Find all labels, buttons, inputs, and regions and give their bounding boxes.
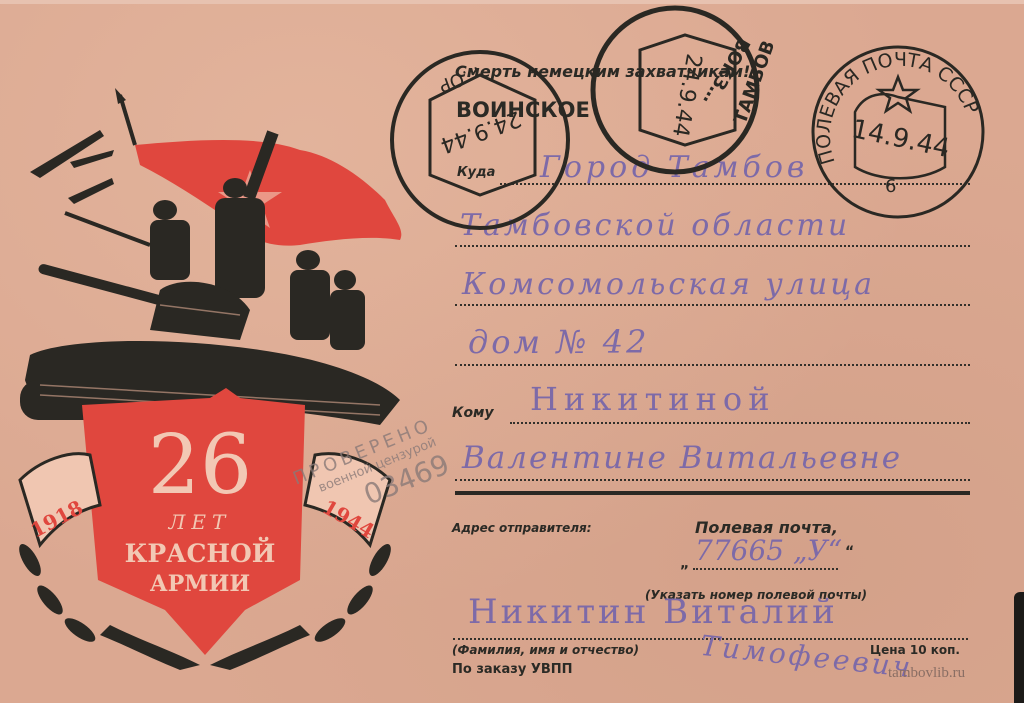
red-army-illustration: 26 ЛЕТ КРАСНОЙ АРМИИ 1918 1944 xyxy=(0,80,430,680)
svg-text:…ОР: …ОР xyxy=(436,62,484,96)
divider-line xyxy=(455,491,970,495)
watermark: tambovlib.ru xyxy=(888,665,965,682)
svg-text:24.9.44: 24.9.44 xyxy=(437,105,524,157)
svg-text:ЛЕТ: ЛЕТ xyxy=(168,510,232,534)
svg-text:14.9.44: 14.9.44 xyxy=(849,114,952,164)
handwritten-recipient-line2: Валентине Витальевне xyxy=(462,440,902,476)
svg-text:24.9.44: 24.9.44 xyxy=(667,52,706,139)
field-post-number-line xyxy=(693,568,838,570)
svg-text:АРМИИ: АРМИИ xyxy=(150,571,250,597)
address-line-2 xyxy=(455,245,970,247)
postmark-tambov-1: 24.9.44 …ОР xyxy=(385,45,575,235)
quote-close: “ xyxy=(845,544,854,560)
sender-address-label: Адрес отправителя: xyxy=(452,521,592,535)
quote-open: „ xyxy=(680,556,689,572)
handwritten-field-post-number: 77665 „У“ xyxy=(695,534,842,567)
to-whom-label: Кому xyxy=(452,405,494,421)
star-icon xyxy=(879,77,917,111)
paper-edge xyxy=(0,0,1024,4)
order-label: По заказу УВПП xyxy=(452,662,573,677)
handwritten-address-line3: Комсомольская улица xyxy=(462,267,875,302)
svg-text:26: 26 xyxy=(148,418,252,513)
address-line-4 xyxy=(455,364,970,366)
postmark-field-post: ПОЛЕВАЯ ПОЧТА СССР 14.9.44 6 xyxy=(810,42,990,222)
handwritten-recipient-line1: Никитиной xyxy=(530,380,776,418)
svg-text:6: 6 xyxy=(885,176,896,197)
scan-edge-shadow xyxy=(1014,592,1024,703)
recipient-line-1 xyxy=(510,422,970,424)
svg-text:КРАСНОЙ: КРАСНОЙ xyxy=(125,537,276,568)
handwritten-address-line4: дом № 42 xyxy=(468,323,649,361)
planes-icon xyxy=(30,130,114,204)
recipient-line-2 xyxy=(455,479,970,481)
address-line-3 xyxy=(455,304,970,306)
fio-note: (Фамилия, имя и отчество) xyxy=(452,643,639,657)
postmark-tambov-2: 24.9.44 ВОКЗ… ТАМБОВ xyxy=(585,5,775,195)
handwritten-sender-line1: Никитин Виталий xyxy=(468,592,838,632)
